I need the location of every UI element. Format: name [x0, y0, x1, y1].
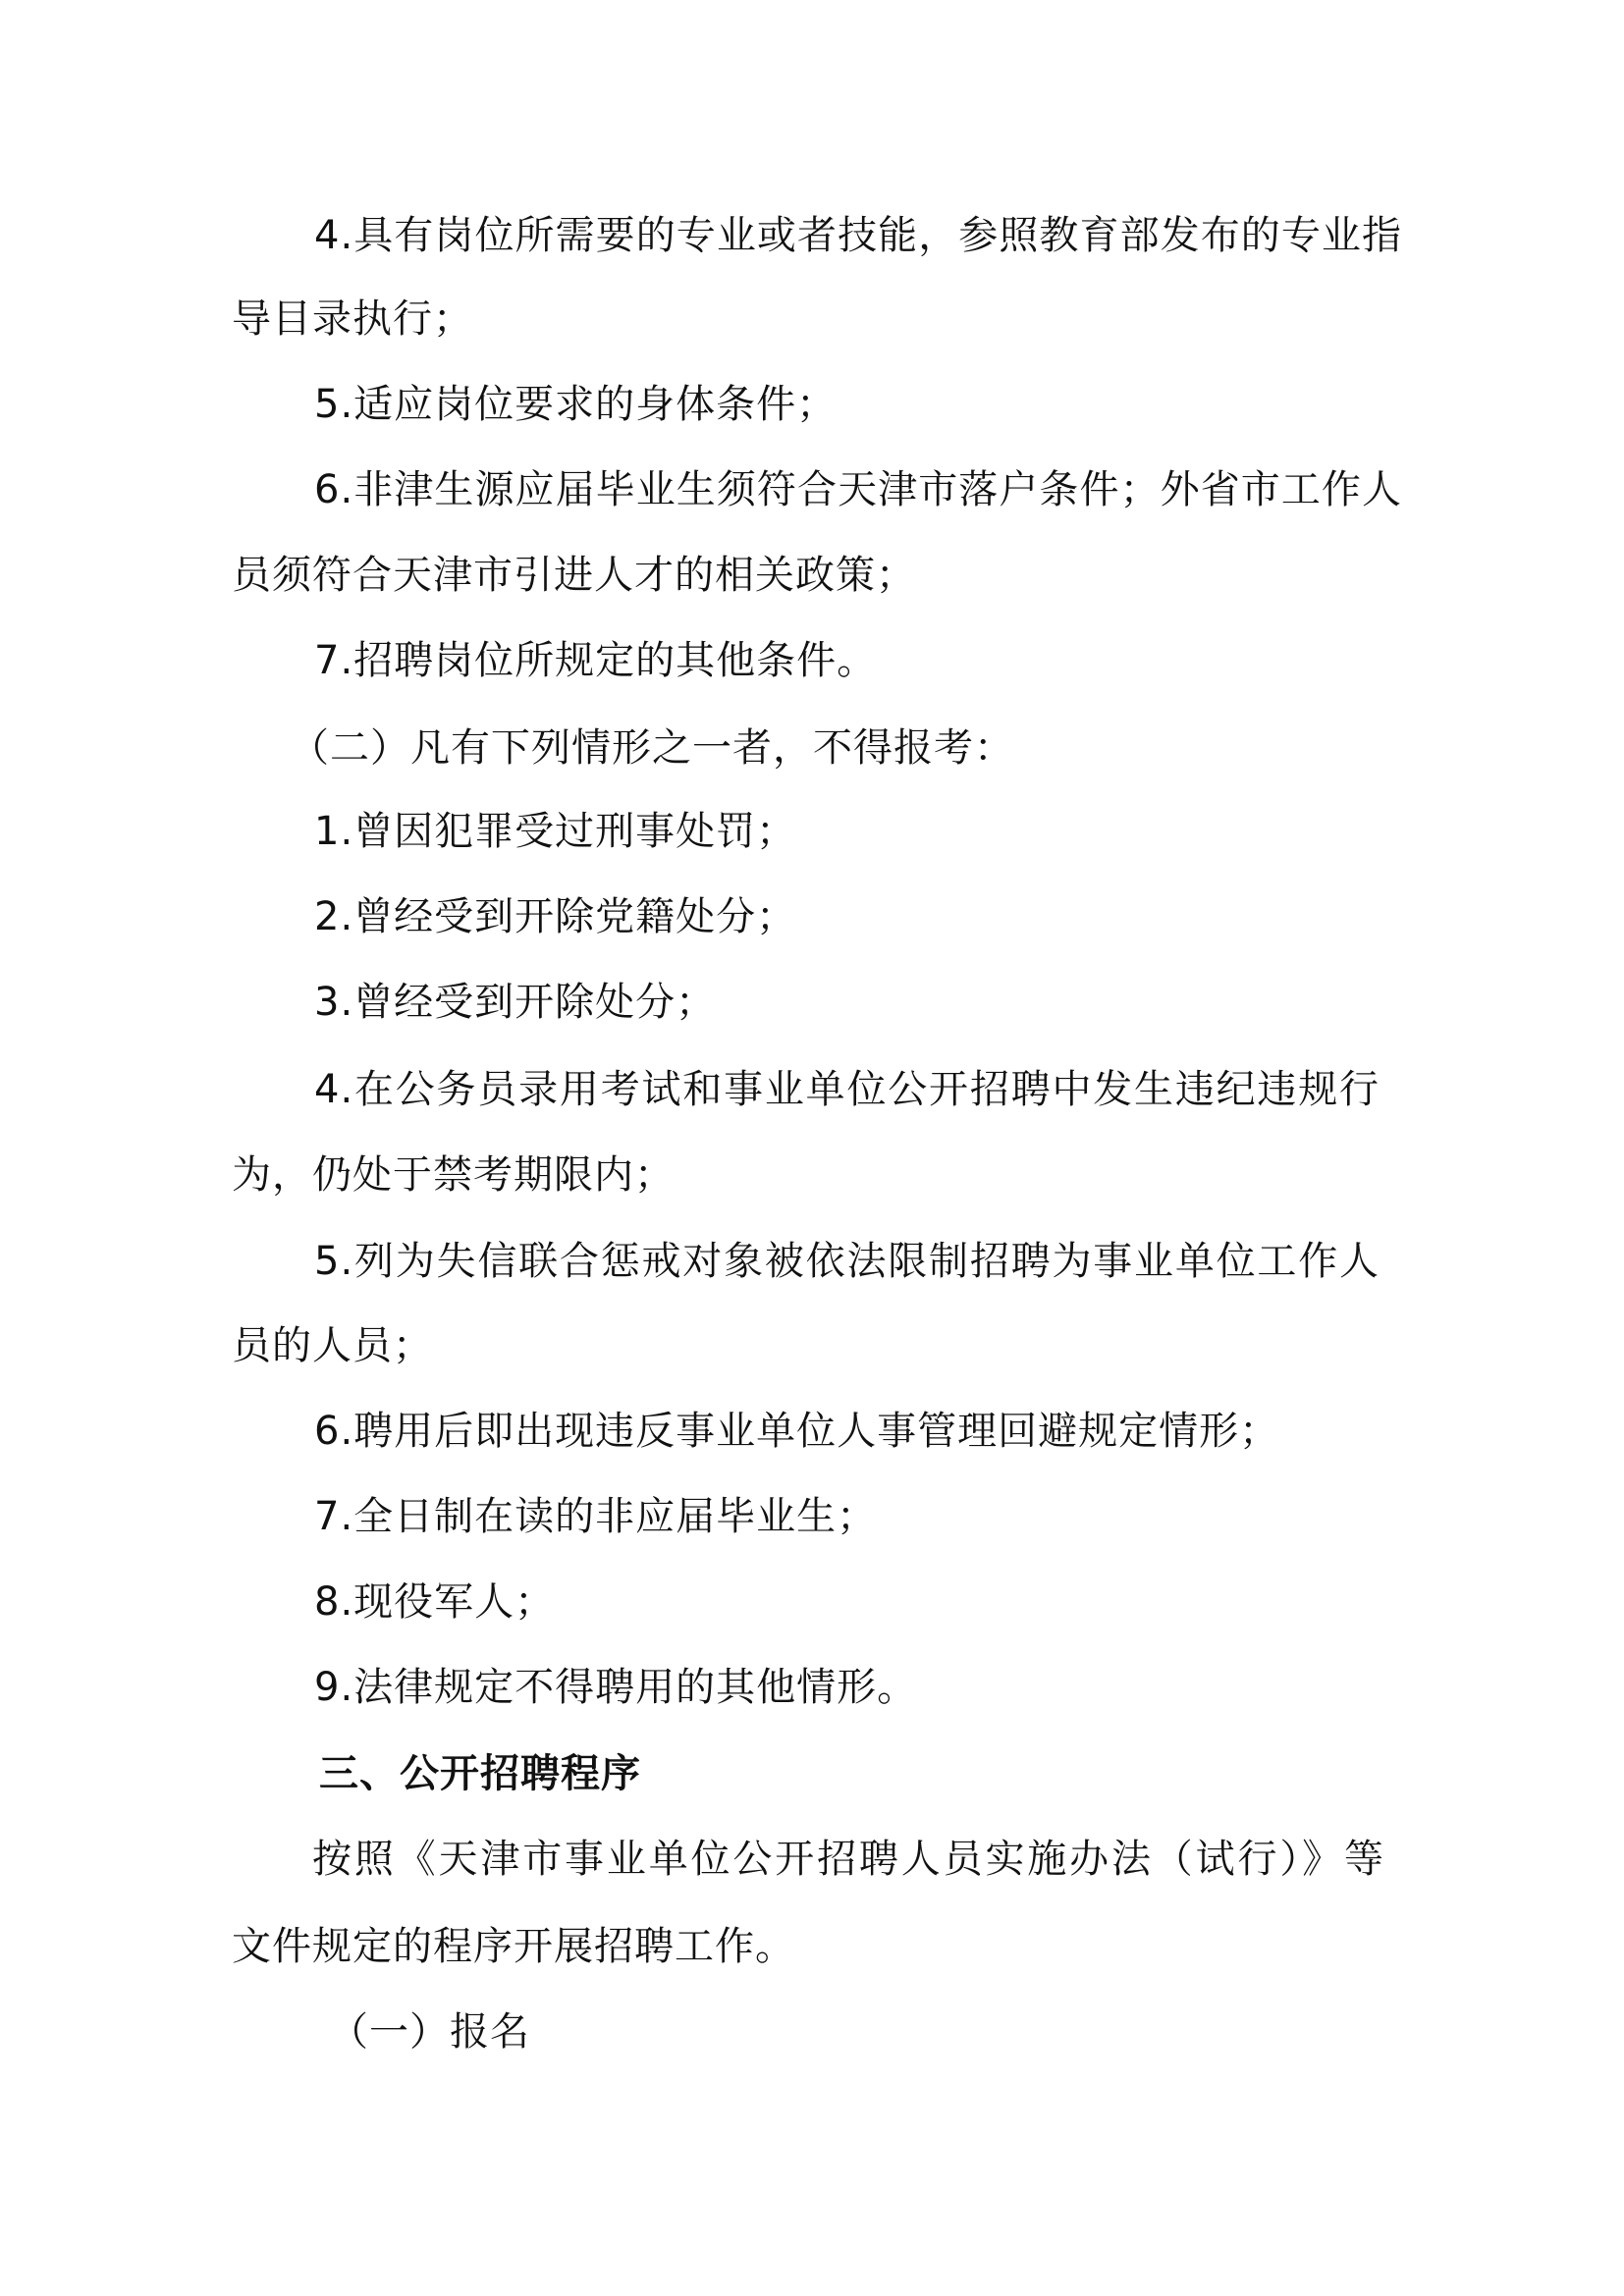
section-heading: 三、公开招聘程序: [319, 1744, 641, 1803]
list-item: 2.曾经受到开除党籍处分；: [314, 887, 796, 946]
list-item-continuation: 为，仍处于禁考期限内；: [232, 1146, 675, 1204]
paragraph-line: 6.非津生源应届毕业生须符合天津市落户条件；外省市工作人: [314, 460, 1402, 519]
paragraph-line: 员须符合天津市引进人才的相关政策；: [232, 546, 916, 605]
subsection-heading: （二）凡有下列情形之一者，不得报考：: [290, 719, 1014, 777]
paragraph-line: 按照《天津市事业单位公开招聘人员实施办法（试行）》等: [312, 1830, 1384, 1889]
document-page: 4.具有岗位所需要的专业或者技能，参照教育部发布的专业指 导目录执行； 5.适应…: [0, 0, 1624, 2296]
paragraph-line: 文件规定的程序开展招聘工作。: [232, 1917, 795, 1976]
list-item: 7.全日制在读的非应届毕业生；: [314, 1487, 877, 1546]
list-item-continuation: 员的人员；: [232, 1316, 433, 1375]
list-item: 5.列为失信联合惩戒对象被依法限制招聘为事业单位工作人: [314, 1232, 1380, 1291]
paragraph-line: 5.适应岗位要求的身体条件；: [314, 375, 837, 434]
list-item: 8.现役军人；: [314, 1573, 555, 1631]
list-item: 3.曾经受到开除处分；: [314, 973, 716, 1032]
subsection-heading: （一）报名: [329, 2002, 530, 2061]
paragraph-line: 4.具有岗位所需要的专业或者技能，参照教育部发布的专业指: [314, 206, 1402, 265]
list-item: 4.在公务员录用考试和事业单位公开招聘中发生违纪违规行: [314, 1060, 1380, 1119]
list-item: 9.法律规定不得聘用的其他情形。: [314, 1658, 917, 1717]
list-item: 6.聘用后即出现违反事业单位人事管理回避规定情形；: [314, 1402, 1279, 1461]
list-item: 1.曾因犯罪受过刑事处罚；: [314, 802, 796, 861]
paragraph-line: 7.招聘岗位所规定的其他条件。: [314, 631, 877, 690]
paragraph-line: 导目录执行；: [232, 290, 473, 348]
